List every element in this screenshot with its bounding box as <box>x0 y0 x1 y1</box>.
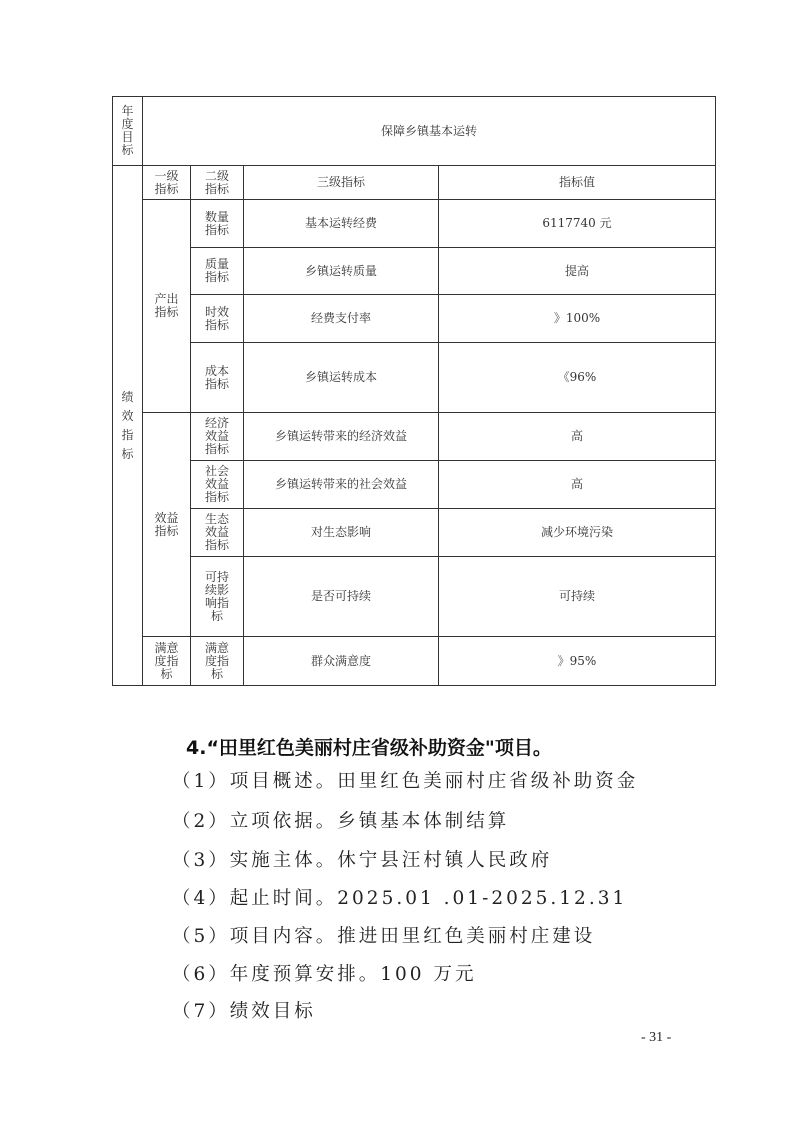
value-cell: 》95% <box>439 637 716 686</box>
level3-cell: 基本运转经费 <box>244 200 439 248</box>
group-benefit: 效益指标 <box>143 413 191 637</box>
value-cell: 减少环境污染 <box>439 509 716 557</box>
table-row: 质量指标 乡镇运转质量 提高 <box>113 248 716 295</box>
performance-table: 年度目标 保障乡镇基本运转 绩效指标 一级指标 二级指标 三级指标 指标值 产出… <box>112 96 716 686</box>
table-row: 满意度指标 满意度指标 群众满意度 》95% <box>113 637 716 686</box>
group-satisfaction: 满意度指标 <box>143 637 191 686</box>
value-cell: 高 <box>439 461 716 509</box>
value-cell: 提高 <box>439 248 716 295</box>
item-3: （3）实施主体。休宁县汪村镇人民政府 <box>172 846 552 872</box>
level3-cell: 乡镇运转质量 <box>244 248 439 295</box>
table-row: 产出指标 数量指标 基本运转经费 6117740 元 <box>113 200 716 248</box>
table-row: 社会效益指标 乡镇运转带来的社会效益 高 <box>113 461 716 509</box>
level2-cell: 经济效益指标 <box>191 413 244 461</box>
header-level3: 三级指标 <box>244 166 439 200</box>
level2-cell: 质量指标 <box>191 248 244 295</box>
group-output: 产出指标 <box>143 200 191 413</box>
level3-cell: 乡镇运转带来的社会效益 <box>244 461 439 509</box>
level3-cell: 群众满意度 <box>244 637 439 686</box>
level2-cell: 满意度指标 <box>191 637 244 686</box>
header-level2: 二级指标 <box>191 166 244 200</box>
value-cell: 可持续 <box>439 557 716 637</box>
level3-cell: 对生态影响 <box>244 509 439 557</box>
level2-cell: 成本指标 <box>191 343 244 413</box>
value-cell: 《96% <box>439 343 716 413</box>
value-cell: 6117740 元 <box>439 200 716 248</box>
level3-cell: 经费支付率 <box>244 295 439 343</box>
item-6: （6）年度预算安排。100 万元 <box>172 960 476 986</box>
item-7: （7）绩效目标 <box>172 997 316 1023</box>
level2-cell: 时效指标 <box>191 295 244 343</box>
table-row: 生态效益指标 对生态影响 减少环境污染 <box>113 509 716 557</box>
level2-cell: 社会效益指标 <box>191 461 244 509</box>
level2-cell: 数量指标 <box>191 200 244 248</box>
page-number: - 31 - <box>641 1030 671 1046</box>
table-row: 效益指标 经济效益指标 乡镇运转带来的经济效益 高 <box>113 413 716 461</box>
annual-goal-label: 年度目标 <box>113 97 143 166</box>
level2-cell: 可持续影响指标 <box>191 557 244 637</box>
item-2: （2）立项依据。乡镇基本体制结算 <box>172 807 509 833</box>
perf-label: 绩效指标 <box>113 166 143 686</box>
header-value: 指标值 <box>439 166 716 200</box>
annual-goal-value: 保障乡镇基本运转 <box>143 97 716 166</box>
item-1: （1）项目概述。田里红色美丽村庄省级补助资金 <box>172 767 638 793</box>
level2-cell: 生态效益指标 <box>191 509 244 557</box>
table-row: 可持续影响指标 是否可持续 可持续 <box>113 557 716 637</box>
level3-cell: 乡镇运转成本 <box>244 343 439 413</box>
value-cell: 高 <box>439 413 716 461</box>
value-cell: 》100% <box>439 295 716 343</box>
item-5: （5）项目内容。推进田里红色美丽村庄建设 <box>172 922 595 948</box>
level3-cell: 乡镇运转带来的经济效益 <box>244 413 439 461</box>
item-4: （4）起止时间。2025.01 .01-2025.12.31 <box>172 884 627 910</box>
level3-cell: 是否可持续 <box>244 557 439 637</box>
table-row: 成本指标 乡镇运转成本 《96% <box>113 343 716 413</box>
header-level1: 一级指标 <box>143 166 191 200</box>
table-row: 时效指标 经费支付率 》100% <box>113 295 716 343</box>
section-heading: 4.“田里红色美丽村庄省级补助资金"项目。 <box>186 733 552 760</box>
